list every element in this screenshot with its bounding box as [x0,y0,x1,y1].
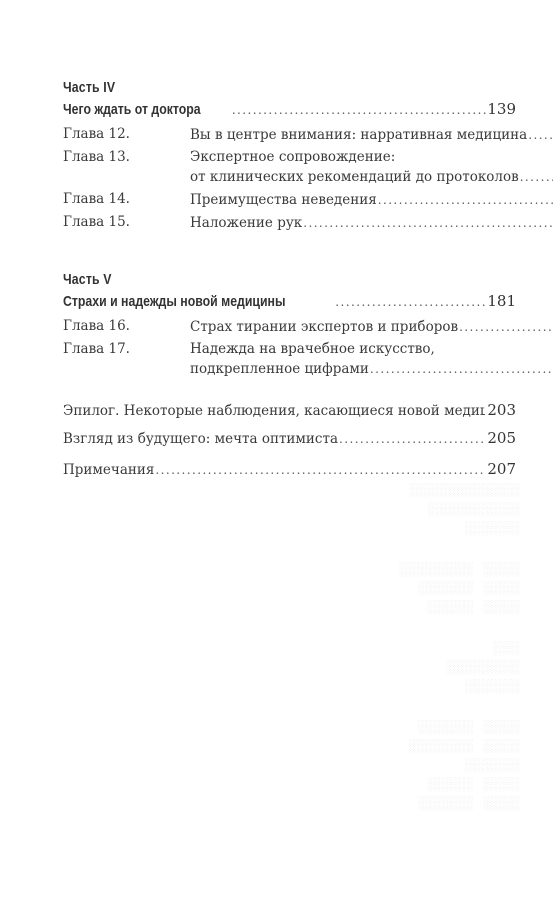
entry-title: Взгляд из будущего: мечта оптимиста [63,429,338,449]
chapter-number: Глава 15. [63,213,190,233]
chapter-title: Страх тирании экспертов и приборов [190,318,458,337]
chapter-number: Глава 12. [63,125,190,145]
back-matter: Эпилог. Некоторые наблюдения, касающиеся… [63,400,516,480]
part-label: Часть V [63,270,434,290]
leader-dots [459,318,553,337]
chapter-entry[interactable]: Глава 15. Наложение рук 172 [63,213,516,233]
part-title-entry[interactable]: Страхи и надежды новой медицины 181 [63,290,516,313]
part-section: Часть IV Чего ждать от доктора 139 Глава… [63,78,516,233]
page-number: 139 [487,98,516,120]
page-number: 181 [487,290,516,312]
part-section: Часть V Страхи и надежды новой медицины … [63,270,516,379]
page-number: 203 [487,400,516,420]
back-matter-entry[interactable]: Эпилог. Некоторые наблюдения, касающиеся… [63,400,516,421]
spacer [63,236,516,270]
leader-dots [339,429,486,449]
chapter-number: Глава 17. [63,340,190,379]
chapter-entry[interactable]: Глава 14. Преимущества неведения 163 [63,190,516,210]
chapter-title-line: Надежда на врачебное искусство, [190,340,553,359]
chapter-number: Глава 13. [63,148,190,187]
part-title-entry[interactable]: Чего ждать от доктора 139 [63,98,516,121]
chapter-entry[interactable]: Глава 13. Экспертное сопровождение: от к… [63,148,516,187]
chapter-entry[interactable]: Глава 12. Вы в центре внимания: нарратив… [63,125,516,145]
page-number: 207 [487,459,516,479]
part-title: Страхи и надежды новой медицины [63,291,285,313]
chapter-number: Глава 14. [63,190,190,210]
leader-dots [155,460,486,480]
back-matter-entry[interactable]: Взгляд из будущего: мечта оптимиста 205 [63,428,516,449]
spacer [63,382,516,400]
page-number: 205 [487,428,516,448]
part-label: Часть IV [63,78,434,98]
leader-dots [520,168,553,187]
chapter-entry[interactable]: Глава 17. Надежда на врачебное искусство… [63,340,516,379]
entry-title: Эпилог. Некоторые наблюдения, касающиеся… [63,401,485,421]
back-matter-entry[interactable]: Примечания 207 [63,459,516,480]
leader-dots [528,126,553,145]
chapter-number: Глава 16. [63,317,190,337]
chapter-title-line: от клинических рекомендаций до протоколо… [190,168,519,187]
chapter-title: Наложение рук [190,214,302,233]
leader-dots [232,99,487,121]
leader-dots [303,214,553,233]
leader-dots [370,360,553,379]
chapter-title-line: Экспертное сопровождение: [190,148,553,167]
table-of-contents: Часть IV Чего ждать от доктора 139 Глава… [63,78,516,487]
part-title: Чего ждать от доктора [63,99,201,121]
entry-title: Примечания [63,460,154,480]
chapter-entry[interactable]: Глава 16. Страх тирании экспертов и приб… [63,317,516,337]
leader-dots [378,191,553,210]
chapter-title-line: подкрепленное цифрами [190,360,369,379]
leader-dots [335,291,486,313]
chapter-title: Вы в центре внимания: нарративная медици… [190,126,527,145]
chapter-title: Преимущества неведения [190,191,377,210]
